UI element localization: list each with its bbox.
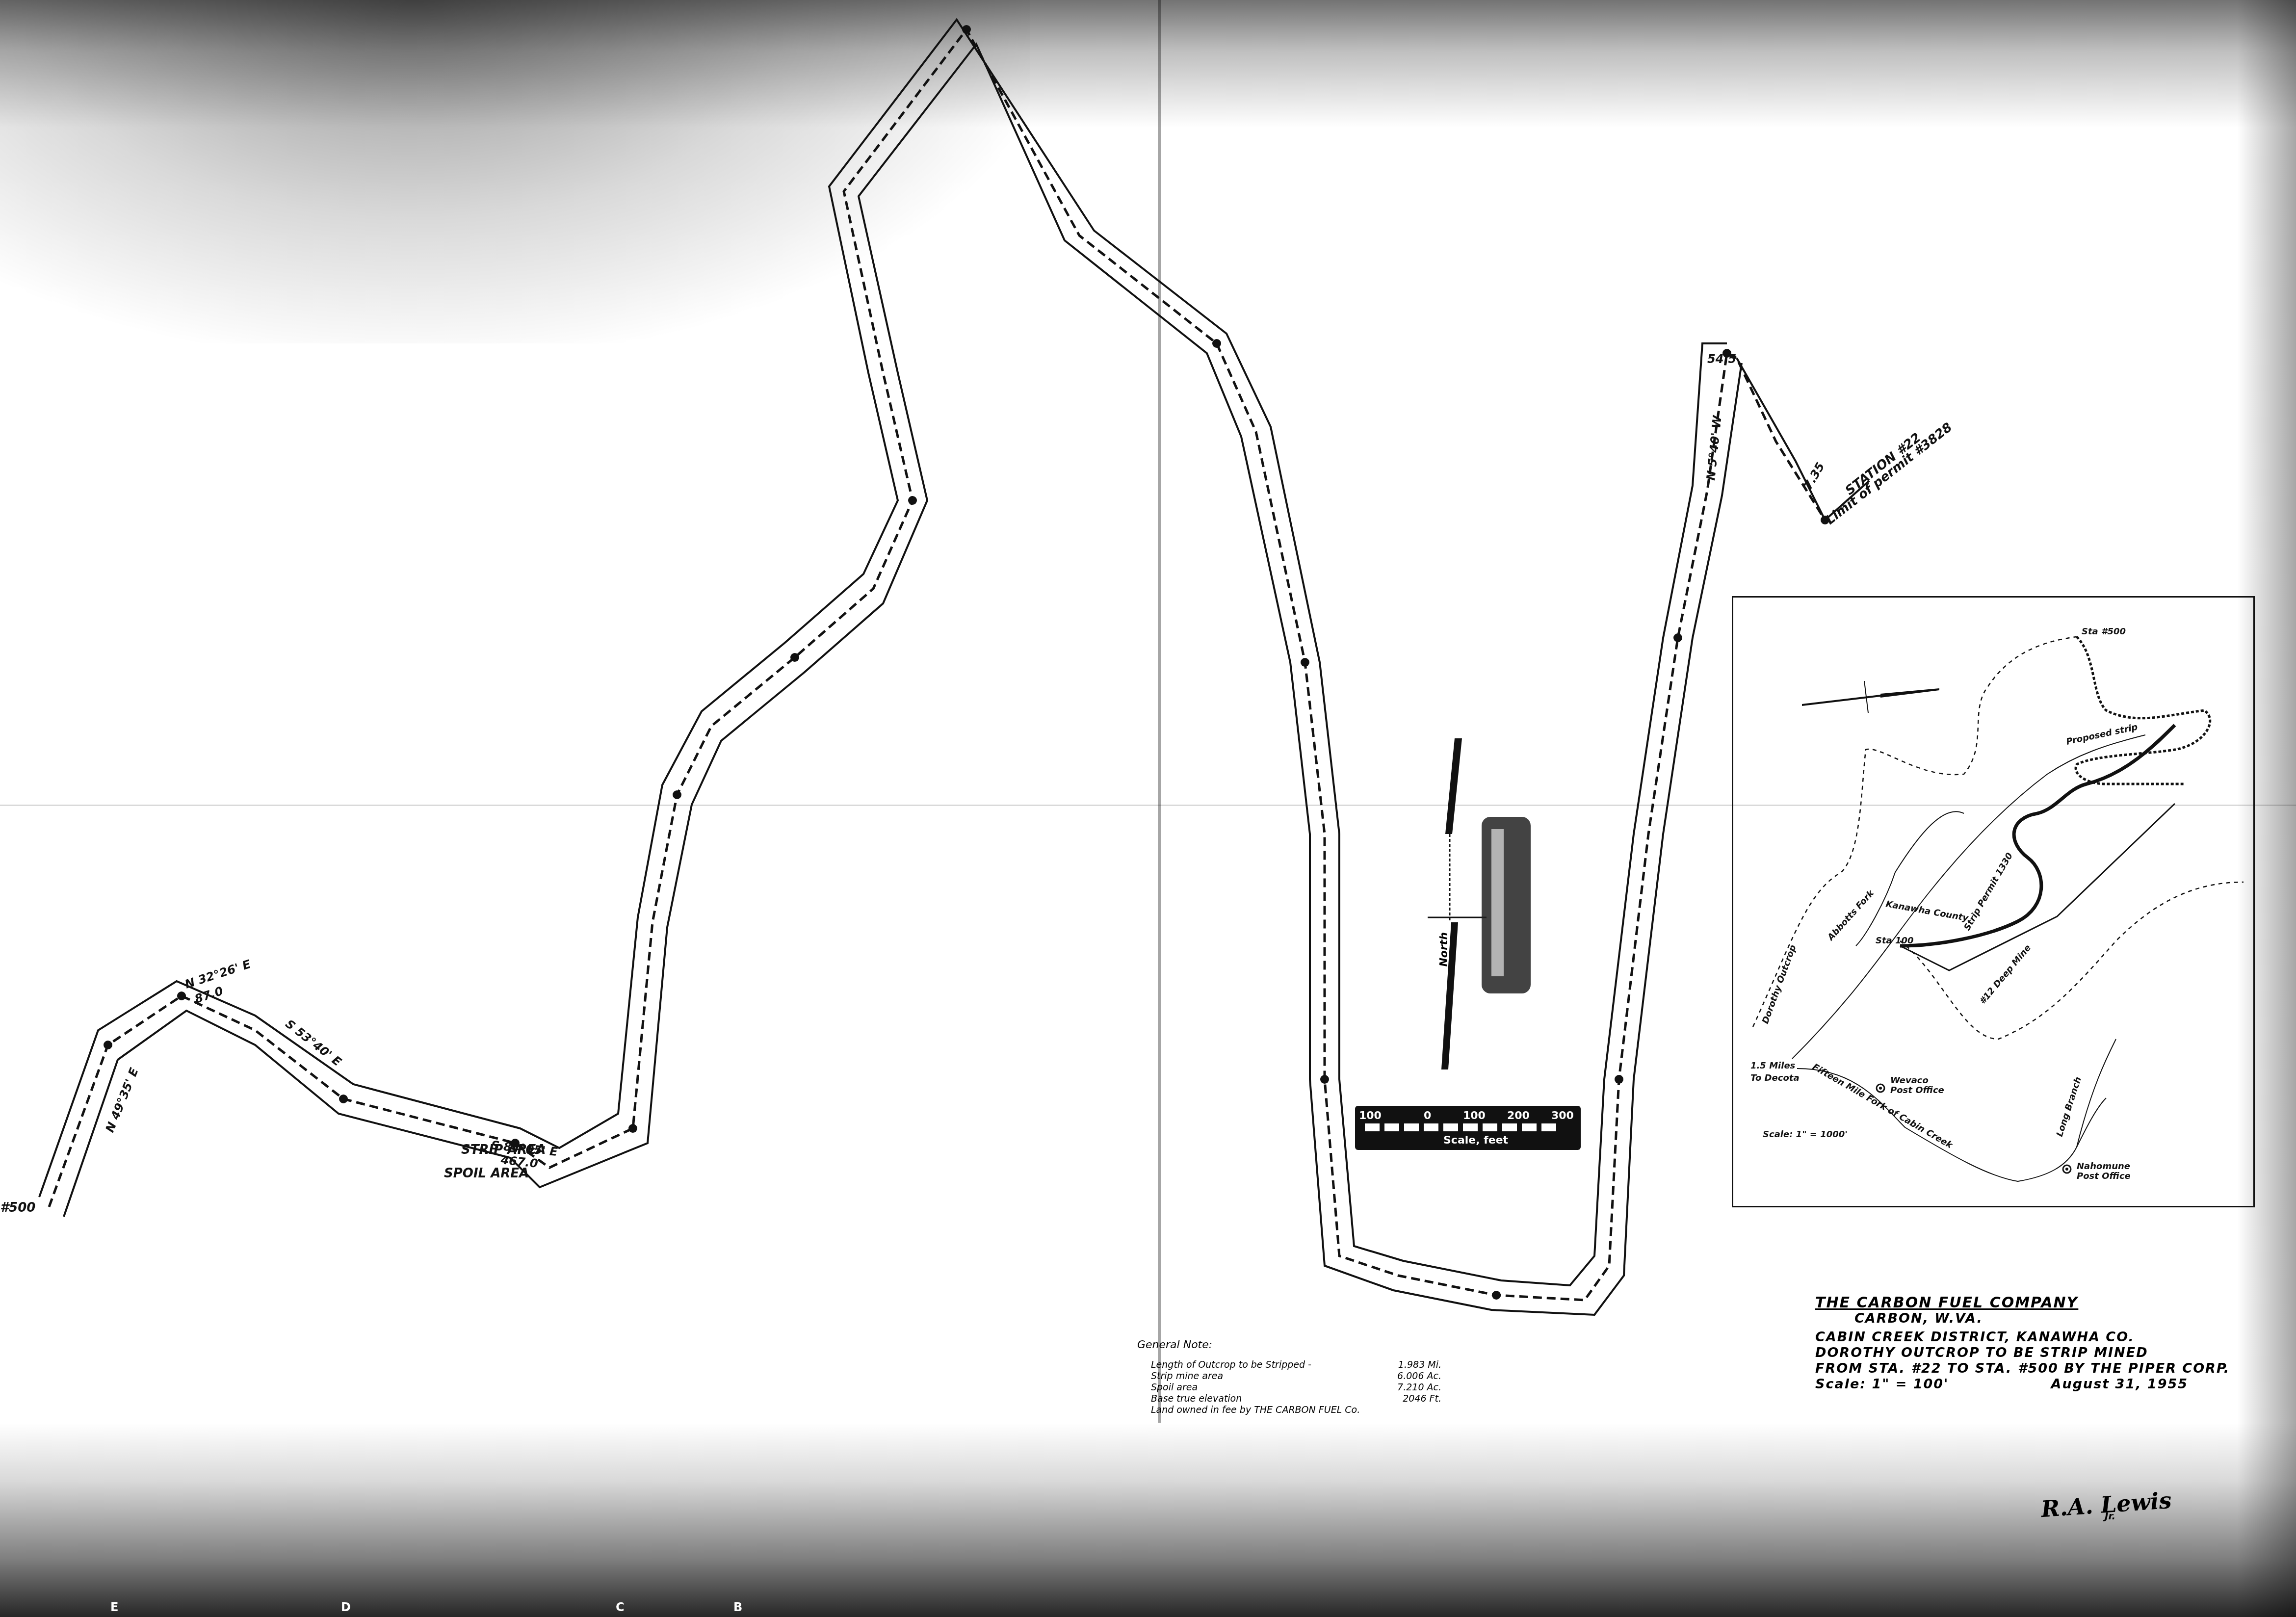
proposed-strip xyxy=(2076,637,2210,784)
inset-long-branch-label: Long Branch xyxy=(2055,1075,2084,1138)
scale-label: Scale, feet xyxy=(1443,1134,1508,1147)
kanawha-county-line xyxy=(1856,811,1964,946)
inset-nahomune-label: Nahomune xyxy=(2077,1161,2130,1172)
bearing-label: 7.35 xyxy=(1801,460,1827,492)
inset-kanawha-county-label: Kanawha County xyxy=(1885,899,1970,924)
inset-map-drawing: Sta #500 Proposed strip Strip Permit 133… xyxy=(1733,598,2253,1206)
general-note: General Note: Length of Outcrop to be St… xyxy=(1137,1339,1441,1416)
deep-mine-dashed xyxy=(1900,882,2244,1039)
strip-area-label: STRIP AREA xyxy=(461,1143,546,1157)
map-sheet: N 32°26' E 87.0 S 53°40' E N 49°35' E S … xyxy=(0,0,2296,1617)
note-row: Spoil area7.210 Ac. xyxy=(1137,1382,1441,1393)
scale-tick: 200 xyxy=(1507,1110,1530,1122)
inset-strip-permit-label: Strip Permit 1330 xyxy=(1962,851,2015,933)
edge-letter: C xyxy=(616,1600,625,1614)
edge-letter: B xyxy=(733,1600,742,1614)
district-line: CABIN CREEK DISTRICT, KANAWHA CO. xyxy=(1815,1330,2188,1345)
inset-miles-label: 1.5 Miles xyxy=(1750,1061,1796,1071)
scale-bar: 100 0 100 200 300 Scale, feet xyxy=(1355,1106,1581,1150)
north-arrow: North xyxy=(1428,738,1487,1069)
haul-road xyxy=(1900,804,2175,970)
inset-abbotts-fork-label: Abbotts Fork xyxy=(1825,888,1877,943)
inset-wevaco-label: Wevaco xyxy=(1890,1075,1929,1086)
bearing-label: 54.5 xyxy=(1707,352,1736,366)
north-label: North xyxy=(1438,932,1450,967)
scale-tick: 0 xyxy=(1424,1110,1431,1122)
scale-date-row: Scale: 1" = 100' August 31, 1955 xyxy=(1815,1377,2188,1392)
strip-boundary-outer xyxy=(39,20,1727,1285)
outcrop-dashed xyxy=(1753,637,2077,1027)
inset-location-map: Sta #500 Proposed strip Strip Permit 133… xyxy=(1732,596,2255,1207)
spoil-area-label: SPOIL AREA xyxy=(444,1166,529,1181)
inset-sta-100-label: Sta 100 xyxy=(1876,936,1914,946)
range-line: FROM STA. #22 TO STA. #500 BY THE PIPER … xyxy=(1815,1361,2188,1377)
company-name: THE CARBON FUEL COMPANY xyxy=(1815,1295,2188,1311)
inset-wevaco-po-label: Post Office xyxy=(1890,1085,1944,1095)
inset-nahomune-po-label: Post Office xyxy=(2077,1171,2131,1181)
drawing-scale: Scale: 1" = 100' xyxy=(1815,1377,1949,1392)
company-location: CARBON, W.VA. xyxy=(1815,1311,2188,1327)
signature-suffix: Jr. xyxy=(2105,1510,2115,1522)
note-row: Base true elevation2046 Ft. xyxy=(1137,1393,1441,1405)
inset-dorothy-outcrop-label: Dorothy Outcrop xyxy=(1760,943,1799,1025)
drawing-date: August 31, 1955 xyxy=(2051,1377,2188,1392)
subject-line: DOROTHY OUTCROP TO BE STRIP MINED xyxy=(1815,1345,2188,1361)
scale-tick: 300 xyxy=(1551,1110,1574,1122)
bearing-label: S 53°40' E xyxy=(283,1017,344,1069)
long-branch xyxy=(2077,1039,2116,1147)
stamp-mark xyxy=(1482,817,1531,993)
bearing-label: N 49°35' E xyxy=(103,1066,141,1134)
edge-letter: E xyxy=(110,1600,118,1614)
title-block: THE CARBON FUEL COMPANY CARBON, W.VA. CA… xyxy=(1815,1295,2188,1392)
scale-tick: 100 xyxy=(1359,1110,1382,1122)
bearing-label: N 5°40' W xyxy=(1704,414,1724,481)
station-500-label: #500 xyxy=(0,1200,35,1215)
inset-proposed-strip-label: Proposed strip xyxy=(2065,722,2139,747)
edge-letter: D xyxy=(341,1600,351,1614)
scale-tick: 100 xyxy=(1463,1110,1486,1122)
permit-limit-label: Limit of permit #3828 xyxy=(1823,420,1955,528)
inset-sta-500-label: Sta #500 xyxy=(2082,626,2126,637)
inset-to-decota-label: To Decota xyxy=(1750,1073,1800,1083)
inset-scale-label: Scale: 1" = 1000' xyxy=(1763,1129,1848,1140)
general-note-heading: General Note: xyxy=(1137,1339,1441,1351)
note-row: Length of Outcrop to be Stripped -1.983 … xyxy=(1137,1359,1441,1371)
note-row: Strip mine area6.006 Ac. xyxy=(1137,1371,1441,1382)
note-row: Land owned in fee by THE CARBON FUEL Co. xyxy=(1137,1405,1441,1416)
inset-north-arrow xyxy=(1802,681,1939,713)
